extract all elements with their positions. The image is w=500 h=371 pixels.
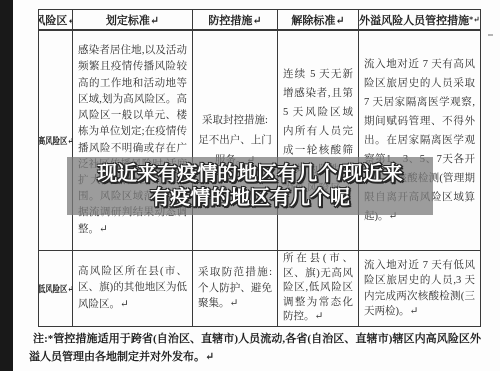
- cell-highrisk-control: 采取封控措施:足不出户、上门服务。↵: [193, 31, 278, 251]
- cell-lowrisk-zone: 低风险区↵: [39, 251, 73, 326]
- header-risk-zone: 风险区↵: [39, 10, 73, 31]
- caption-line-1: 现近来有疫情的地区有几个/现近来: [97, 162, 403, 186]
- cell-highrisk-spillover: 流入地对近 7 天有高风险区旅居史的人员采取 7 天居家隔离医学观察,期间赋码管…: [359, 31, 480, 251]
- header-spillover-measures: 外溢风险人员管控措施*↵: [359, 10, 480, 31]
- caption-line-2: 有疫情的地区有几个呢: [150, 186, 350, 210]
- cell-lowrisk-release: 所在县(市、区、旗)无高风险区,低风险区调整为常态化防控。↵: [278, 251, 359, 326]
- cell-lowrisk-control: 采取防范措施:个人防护、避免聚集。↵: [193, 251, 278, 326]
- highrisk-zone-label: 高风险区↵: [39, 134, 73, 147]
- header-risk-zone-label: 风险区↵: [39, 12, 73, 28]
- lowrisk-zone-label: 低风险区↵: [39, 282, 73, 295]
- cell-lowrisk-criteria: 高风险区所在县(市、区、旗)的其他地区为低风险区。↵: [73, 251, 193, 326]
- cell-lowrisk-spillover: 流入地对近 7 天有低风险区旅居史的人员,3 天内完成两次核酸检测(三天两检)。…: [359, 251, 480, 326]
- lowrisk-release-text: 所在县(市、区、旗)无高风险区,低风险区调整为常态化防控。↵: [278, 251, 358, 326]
- footnote: 注:*管控措施适用于跨省(自治区、直辖市)人员流动,各省(自治区、直辖市)辖区内…: [29, 331, 481, 366]
- caption-overlay: 现近来有疫情的地区有几个/现近来 有疫情的地区有几个呢: [67, 157, 433, 215]
- cell-highrisk-zone: 高风险区↵: [39, 31, 73, 251]
- header-spillover-measures-label: 外溢风险人员管控措施: [359, 12, 469, 28]
- paragraph-mark: [488, 34, 493, 36]
- lowrisk-criteria-text: 高风险区所在县(市、区、旗)的其他地区为低风险区。↵: [73, 262, 192, 315]
- header-release-criteria-label: 解除标准↵: [291, 12, 344, 28]
- lowrisk-control-text: 采取防范措施:个人防护、避免聚集。↵: [193, 263, 277, 314]
- cell-highrisk-release: 连续 5 天无新增感染者,且第 5 天风险区域内所有人员完成一轮核酸筛查,均为阴…: [278, 31, 359, 251]
- header-control-measures-label: 防控措施↵: [208, 12, 261, 28]
- header-criteria: 划定标准↵: [73, 10, 193, 31]
- header-release-criteria: 解除标准↵: [278, 10, 359, 31]
- cell-highrisk-criteria: 感染者居住地,以及活动频繁且疫情传播风险较高的工作地和活动地等区域,划为高风险区…: [73, 31, 193, 251]
- header-criteria-label: 划定标准↵: [106, 12, 159, 28]
- header-control-measures: 防控措施↵: [193, 10, 278, 31]
- left-edge-bar: [0, 0, 13, 371]
- document-page: 风险区↵ 划定标准↵ 防控措施↵ 解除标准↵ 外溢风险人员管控措施*↵ 高风险区…: [0, 0, 500, 371]
- lowrisk-spillover-text: 流入地对近 7 天有低风险区旅居史的人员,3 天内完成两次核酸检测(三天两检)。…: [359, 256, 480, 322]
